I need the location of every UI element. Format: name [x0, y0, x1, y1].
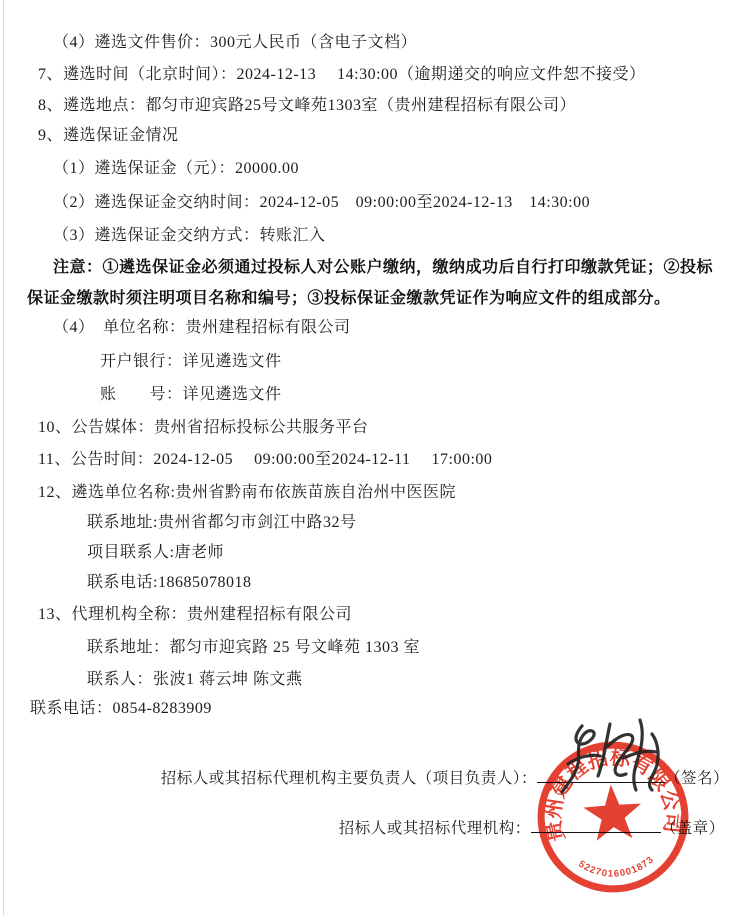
- page-edge-line: [3, 0, 4, 915]
- doc-line-deposit-heading: 9、遴选保证金情况: [38, 126, 179, 146]
- doc-line-announce-time: 11、公告时间：2024-12-05 09:00:00至2024-12-11 1…: [38, 450, 492, 470]
- document-page: { "doc": { "lines": [ "（4）遴选文件售价：300元人民币…: [0, 0, 745, 915]
- doc-line-media: 10、公告媒体：贵州省招标投标公共服务平台: [38, 418, 369, 438]
- doc-line-deposit-method: （3）遴选保证金交纳方式：转账汇入: [53, 226, 326, 246]
- doc-line-agency-contacts: 联系人：张波1 蒋云坤 陈文燕: [87, 670, 303, 690]
- doc-line-unit-address: 联系地址:贵州省都匀市剑江中路32号: [87, 513, 356, 533]
- doc-line-selecting-unit: 12、遴选单位名称:贵州省黔南布依族苗族自治州中医医院: [38, 483, 456, 503]
- notice-paragraph: 注意：①遴选保证金必须通过投标人对公账户缴纳，缴纳成功后自行打印缴款凭证；②投标…: [27, 252, 724, 314]
- handwritten-signature: [548, 712, 678, 807]
- doc-line-selection-place: 8、遴选地点：都匀市迎宾路25号文峰苑1303室（贵州建程招标有限公司）: [38, 96, 576, 116]
- signature-row-label: 招标人或其招标代理机构主要负责人（项目负责人）：: [161, 770, 537, 787]
- doc-line-project-contact: 项目联系人:唐老师: [87, 543, 224, 563]
- seal-row-label: 招标人或其招标代理机构：: [339, 820, 531, 837]
- doc-line-unit-name: （4） 单位名称：贵州建程招标有限公司: [53, 318, 351, 338]
- doc-line-agency-phone: 联系电话：0854-8283909: [30, 699, 212, 719]
- doc-line-deposit-amount: （1）遴选保证金（元）：20000.00: [53, 159, 299, 179]
- doc-line-selection-time: 7、遴选时间（北京时间）：2024-12-13 14:30:00（逾期递交的响应…: [38, 65, 646, 85]
- doc-line-agency-name: 13、代理机构全称：贵州建程招标有限公司: [38, 605, 352, 625]
- doc-line-unit-phone: 联系电话:18685078018: [87, 573, 251, 593]
- doc-line-account: 账 号：详见遴选文件: [100, 385, 282, 405]
- doc-line-agency-address: 联系地址：都匀市迎宾路 25 号文峰苑 1303 室: [87, 638, 420, 658]
- doc-line-deposit-time: （2）遴选保证金交纳时间：2024-12-05 09:00:00至2024-12…: [53, 193, 590, 213]
- doc-line-bank: 开户银行：详见遴选文件: [100, 352, 282, 372]
- doc-line-document-price: （4）遴选文件售价：300元人民币（含电子文档）: [53, 33, 417, 53]
